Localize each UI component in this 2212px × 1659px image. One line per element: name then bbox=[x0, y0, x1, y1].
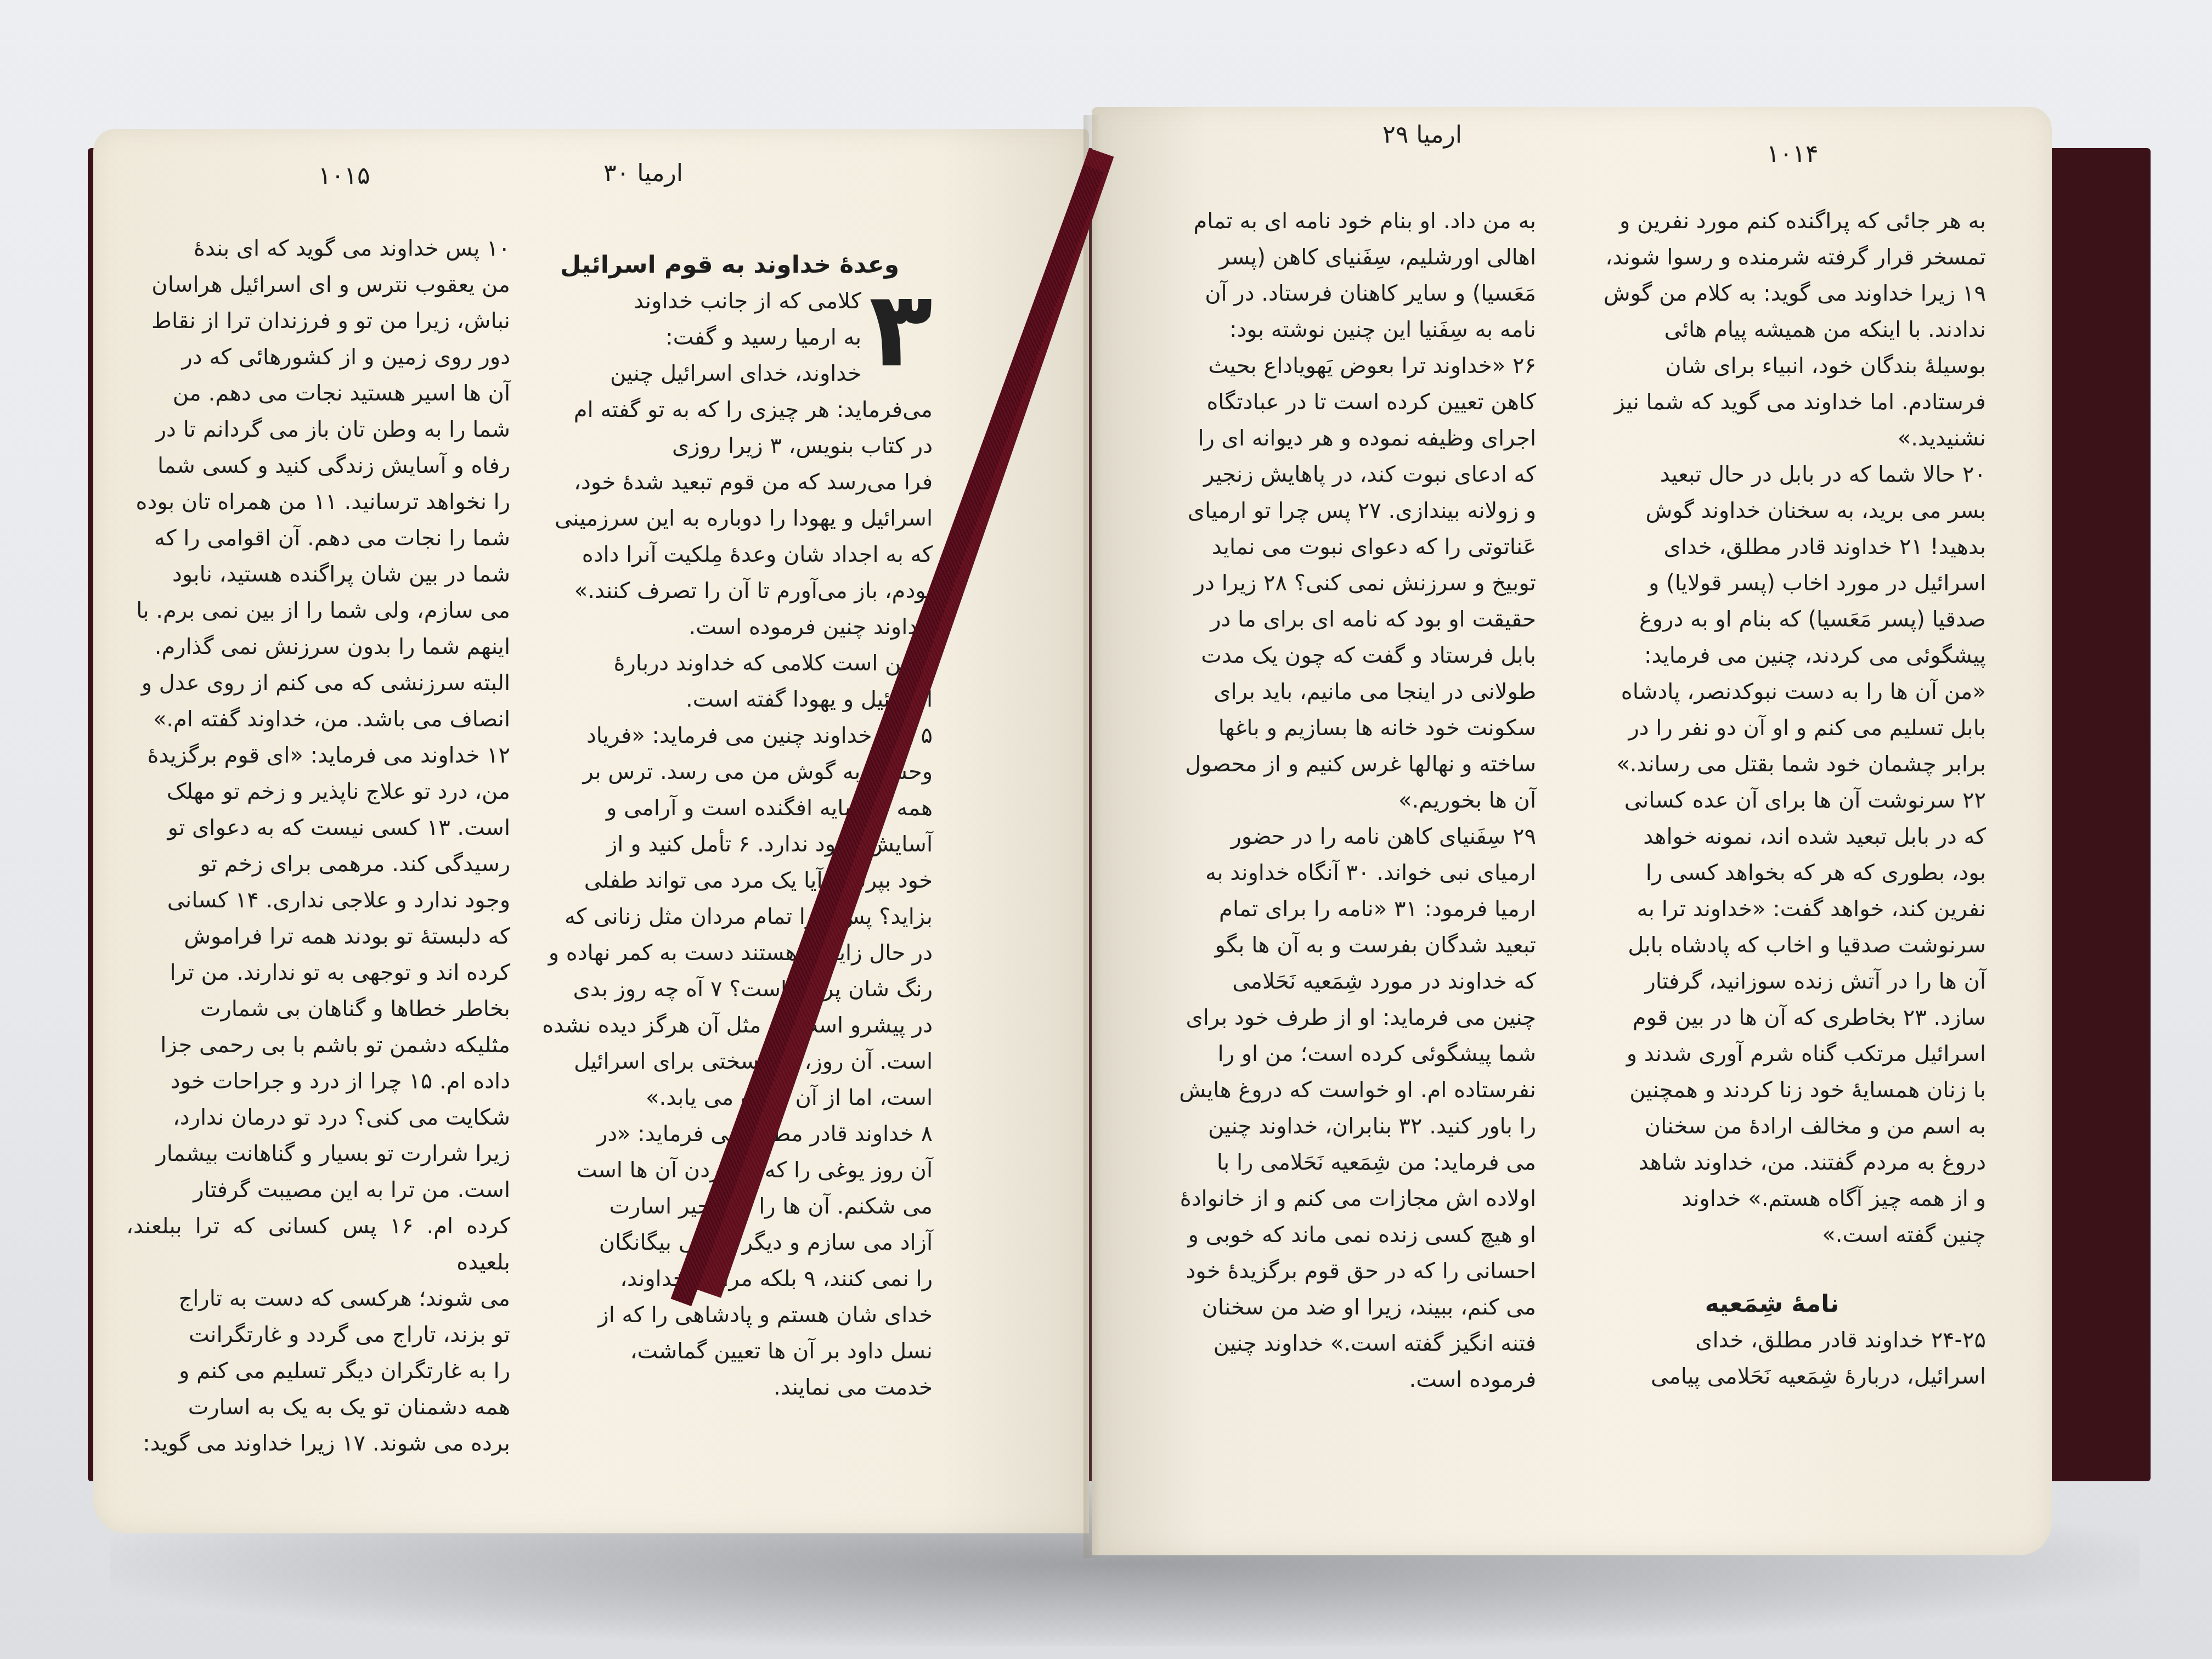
text-line: نفرستاده ام. او خواست که دروغ هایش bbox=[1119, 1072, 1536, 1108]
text-line: شما را نجات می دهم. آن اقوامی را که bbox=[126, 520, 510, 556]
text-line: رنگ شان پریده است؟ ۷ آه چه روز بدی bbox=[527, 971, 933, 1007]
text-line: توبیخ و سرزنش نمی کنی؟ ۲۸ زیرا در bbox=[1119, 565, 1536, 601]
text-line: که خداوند در مورد شِمَعیه نَحَلامی bbox=[1119, 963, 1536, 1000]
section-heading: نامهٔ شِمَعیه bbox=[1558, 1286, 1986, 1322]
chapter-number: ۳ bbox=[869, 283, 933, 376]
text-line: کاهن تعیین کرده است تا در عبادتگاه bbox=[1119, 384, 1536, 420]
text-line: چنین گفته است.» bbox=[1558, 1217, 1986, 1253]
text-line: که ادعای نبوت کند، در پاهایش زنجیر bbox=[1119, 456, 1536, 493]
text-line: سازد. ۲۳ بخاطری که آن ها در بین قوم bbox=[1558, 1000, 1986, 1036]
text-line: بدهید! ۲۱ خداوند قادر مطلق، خدای bbox=[1558, 529, 1986, 565]
text-line: می‌فرماید: هر چیزی را که به تو گفته ام bbox=[527, 392, 933, 428]
text-line: که در بابل تبعید شده اند، نمونه خواهد bbox=[1558, 819, 1986, 855]
text-line: اسرائیل در مورد اخاب (پسر قولایا) و bbox=[1558, 565, 1986, 601]
text-line: «من آن ها را به دست نبوکدنصر، پادشاه bbox=[1558, 674, 1986, 710]
text-line: شکایت می کنی؟ درد تو درمان ندارد، bbox=[126, 1099, 510, 1136]
left-running-head: ارمیا ۳۰ bbox=[603, 159, 683, 187]
verse-text: ۲۴-۲۵ خداوند قادر مطلق، خدایاسرائیل، درب… bbox=[1558, 1322, 1986, 1395]
text-line: ۲۹ سِفَنیای کاهن نامه را در حضور bbox=[1119, 819, 1536, 855]
text-line: بوسیلهٔ بندگان خود، انبیاء برای شان bbox=[1558, 348, 1986, 384]
verse-text: ۱۰ پس خداوند می گوید که ای بندهٔمن یعقوب… bbox=[126, 230, 510, 1462]
text-line: فتنه انگیز گفته است.» خداوند چنین bbox=[1119, 1325, 1536, 1362]
text-line: که به اجداد شان وعدهٔ مِلکیت آنرا داده bbox=[527, 537, 933, 573]
section-heading: وعدهٔ خداوند به قوم اسرائیل bbox=[527, 247, 933, 283]
text-line: چنین می فرماید: او از طرف خود برای bbox=[1119, 1000, 1536, 1036]
text-line: است، اما از آن نجات می یابد.» bbox=[527, 1080, 933, 1116]
text-line: بزاید؟ پس چرا تمام مردان مثل زنانی که bbox=[527, 899, 933, 935]
text-line: با زنان همسایهٔ خود زنا کردند و همچنین bbox=[1558, 1072, 1986, 1108]
text-line: ۲۰ حالا شما که در بابل در حال تبعید bbox=[1558, 456, 1986, 493]
text-line: اسرائیل و یهودا گفته است. bbox=[527, 681, 933, 718]
text-line: که دلبستهٔ تو بودند همه ترا فراموش bbox=[126, 918, 510, 955]
text-line: حقیقت او بود که نامه ای برای ما در bbox=[1119, 601, 1536, 637]
text-line: برده می شوند. ۱۷ زیرا خداوند می گوید: bbox=[126, 1425, 510, 1462]
text-line: انصاف می باشد. من، خداوند گفته ام.» bbox=[126, 701, 510, 737]
text-line: بود، بطوری که هر که بخواهد کسی را bbox=[1558, 855, 1986, 891]
text-line: اینهم شما را بدون سرزنش نمی گذارم. bbox=[126, 629, 510, 665]
text-line: خدای شان هستم و پادشاهی را که از bbox=[527, 1297, 933, 1333]
text-line: می فرماید: من شِمَعیه نَحَلامی را با bbox=[1119, 1144, 1536, 1181]
text-line: به اسم من و مخالف ارادهٔ من سخنان bbox=[1558, 1108, 1986, 1144]
text-line: است. من ترا به این مصیبت گرفتار bbox=[126, 1172, 510, 1208]
text-line: و از همه چیز آگاه هستم.» خداوند bbox=[1558, 1181, 1986, 1217]
text-line: تمسخر قرار گرفته شرمنده و رسوا شوند، bbox=[1558, 239, 1986, 275]
right-running-head: ارمیا ۲۹ bbox=[1383, 121, 1462, 149]
left-page-left-column: ۱۰ پس خداوند می گوید که ای بندهٔمن یعقوب… bbox=[126, 230, 510, 1462]
text-line: مَعَسیا) و سایر کاهنان فرستاد. در آن bbox=[1119, 275, 1536, 312]
text-line: در کتاب بنویس، ۳ زیرا روزی bbox=[527, 428, 933, 464]
text-line: خدمت می نمایند. bbox=[527, 1369, 933, 1406]
text-line: اجرای وظیفه نموده و هر دیوانه ای را bbox=[1119, 420, 1536, 456]
text-line: نشنیدید.» bbox=[1558, 420, 1986, 456]
text-line: شما پیشگوئی کرده است؛ من او را bbox=[1119, 1036, 1536, 1072]
text-line: اسرائیل، دربارهٔ شِمَعیه نَحَلامی پیامی bbox=[1558, 1358, 1986, 1395]
text-line: بابل فرستاد و گفت که چون یک مدت bbox=[1119, 637, 1536, 674]
left-page: ۱۰۱۵ ارمیا ۳۰ ۱۰ پس خداوند می گوید که ای… bbox=[93, 129, 1089, 1533]
text-line: ۱۰ پس خداوند می گوید که ای بندهٔ bbox=[126, 230, 510, 267]
text-line: خداوند چنین فرموده است. bbox=[527, 609, 933, 645]
text-line: زیرا شرارت تو بسیار و گناهانت بیشمار bbox=[126, 1136, 510, 1172]
verse-text: به هر جائی که پراگنده کنم مورد نفرین وتم… bbox=[1558, 203, 1986, 1253]
text-line: را نخواهد ترسانید. ۱۱ من همراه تان بوده bbox=[126, 484, 510, 520]
text-line: اولاده اش مجازات می کنم و از خانوادهٔ bbox=[1119, 1181, 1536, 1217]
text-line: و زولانه بیندازی. ۲۷ پس چرا تو ارمیای bbox=[1119, 493, 1536, 529]
text-line: بخاطر خطاها و گناهان بی شمارت bbox=[126, 991, 510, 1027]
text-line: خود بپرسید آیا یک مرد می تواند طفلی bbox=[527, 862, 933, 899]
text-line: ۴ این است کلامی که خداوند دربارهٔ bbox=[527, 645, 933, 681]
text-line: شما را به وطن تان باز می گردانم تا در bbox=[126, 411, 510, 448]
text-line: را باور کنید. ۳۲ بنابران، خداوند چنین bbox=[1119, 1108, 1536, 1144]
text-line: سرنوشت صدقیا و اخاب که پادشاه بابل bbox=[1558, 927, 1986, 963]
text-line: می شوند؛ هرکسی که دست به تاراج bbox=[126, 1280, 510, 1317]
text-line: پیشگوئی می کردند، چنین می فرماید: bbox=[1558, 637, 1986, 674]
text-line: نسل داود بر آن ها تعیین گماشت، bbox=[527, 1333, 933, 1369]
text-line: ساخته و نهالها غرس کنیم و از محصول bbox=[1119, 746, 1536, 782]
text-line: ۲۲ سرنوشت آن ها برای آن عده کسانی bbox=[1558, 782, 1986, 819]
text-line: سکونت خود خانه ها بسازیم و باغها bbox=[1119, 710, 1536, 746]
text-line: نباش، زیرا من تو و فرزندان ترا از نقاط bbox=[126, 303, 510, 339]
text-line: ارمیای نبی خواند. ۳۰ آنگاه خداوند به bbox=[1119, 855, 1536, 891]
text-line: برابر چشمان خود شما بقتل می رساند.» bbox=[1558, 746, 1986, 782]
text-line: نامه به سِفَنیا این چنین نوشته بود: bbox=[1119, 312, 1536, 348]
text-line: آن ها بخوریم.» bbox=[1119, 782, 1536, 819]
text-line: می کنم، ببیند، زیرا او ضد من سخنان bbox=[1119, 1289, 1536, 1325]
text-line: اسرائیل مرتکب گناه شرم آوری شدند و bbox=[1558, 1036, 1986, 1072]
text-line: کرده ام. ۱۶ پس کسانی که ترا ببلعند، بلعی… bbox=[126, 1208, 510, 1280]
text-line: در پیشرو است که مثل آن هرگز دیده نشده bbox=[527, 1007, 933, 1043]
right-page: ارمیا ۲۹ ۱۰۱۴ به من داد. او بنام خود نام… bbox=[1092, 107, 2052, 1555]
text-line: می سازم، ولی شما را از بین نمی برم. با bbox=[126, 592, 510, 629]
book-gutter bbox=[1084, 115, 1100, 1558]
text-line: در حال زایمان هستند دست به کمر نهاده و bbox=[527, 935, 933, 971]
text-line: است. ۱۳ کسی نیست که به دعوای تو bbox=[126, 810, 510, 846]
text-line: ۱۹ زیرا خداوند می گوید: به کلام من گوش bbox=[1558, 275, 1986, 312]
text-line: نفرین کند، خواهد گفت: «خداوند ترا به bbox=[1558, 891, 1986, 927]
text-line: ندادند. با اینکه من همیشه پیام هائی bbox=[1558, 312, 1986, 348]
text-line: تبعید شدگان بفرست و به آن ها بگو bbox=[1119, 927, 1536, 963]
text-line: مثلیکه دشمن تو باشم با بی رحمی جزا bbox=[126, 1027, 510, 1063]
right-page-number: ۱۰۱۴ bbox=[1767, 140, 1819, 168]
text-line: همه دشمنان تو یک به یک به اسارت bbox=[126, 1389, 510, 1425]
text-line: فرستادم. اما خداوند می گوید که شما نیز bbox=[1558, 384, 1986, 420]
text-line: اسرائیل و یهودا را دوباره به این سرزمینی bbox=[527, 500, 933, 537]
text-line: بابل تسلیم می کنم و او آن دو نفر را در bbox=[1558, 710, 1986, 746]
text-line: احسانی را که در حق قوم برگزیدهٔ خود bbox=[1119, 1253, 1536, 1289]
text-line: بسر می برید، به سخنان خداوند گوش bbox=[1558, 493, 1986, 529]
text-line: به هر جائی که پراگنده کنم مورد نفرین و bbox=[1558, 203, 1986, 239]
text-line: وجود ندارد و علاجی نداری. ۱۴ کسانی bbox=[126, 882, 510, 918]
text-line: را به غارتگران دیگر تسلیم می کنم و bbox=[126, 1353, 510, 1389]
text-line: کرده اند و توجهی به تو ندارند. من ترا bbox=[126, 955, 510, 991]
text-line: من، درد تو علاج ناپذیر و زخم تو مهلک bbox=[126, 774, 510, 810]
verse-text: به من داد. او بنام خود نامه ای به تماماه… bbox=[1119, 203, 1536, 1398]
text-line: ۲۴-۲۵ خداوند قادر مطلق، خدای bbox=[1558, 1322, 1986, 1358]
text-line: طولانی در اینجا می مانیم، باید برای bbox=[1119, 674, 1536, 710]
text-line: بودم، باز می‌آورم تا آن را تصرف کنند.» bbox=[527, 573, 933, 609]
text-line: فرا می‌رسد که من قوم تبعید شدهٔ خود، bbox=[527, 464, 933, 500]
text-line: من یعقوب نترس و ای اسرائیل هراسان bbox=[126, 267, 510, 303]
text-line: فرموده است. bbox=[1119, 1362, 1536, 1398]
left-page-number: ۱۰۱۵ bbox=[318, 162, 370, 190]
text-line: عَناتوتی را که دعوای نبوت می نماید bbox=[1119, 529, 1536, 565]
text-line: به من داد. او بنام خود نامه ای به تمام bbox=[1119, 203, 1536, 239]
text-line: ارمیا فرمود: ۳۱ «نامه را برای تمام bbox=[1119, 891, 1536, 927]
text-line: دروغ به مردم گفتند. من، خداوند شاهد bbox=[1558, 1144, 1986, 1181]
text-line: رسیدگی کند. مرهمی برای زخم تو bbox=[126, 846, 510, 882]
right-page-left-column: به من داد. او بنام خود نامه ای به تماماه… bbox=[1119, 203, 1536, 1398]
right-page-right-column: به هر جائی که پراگنده کنم مورد نفرین وتم… bbox=[1558, 203, 1986, 1395]
text-line: البته سرزنشی که می کنم از روی عدل و bbox=[126, 665, 510, 701]
text-line: داده ام. ۱۵ چرا از درد و جراحات خود bbox=[126, 1063, 510, 1099]
text-line: تو بزند، تاراج می گردد و غارتگرانت bbox=[126, 1317, 510, 1353]
text-line: آن ها اسیر هستید نجات می دهم. من bbox=[126, 375, 510, 411]
text-line: او هیچ کسی زنده نمی ماند که خوبی و bbox=[1119, 1217, 1536, 1253]
text-line: ۲۶ «خداوند ترا بعوض یَهویاداع بحیث bbox=[1119, 348, 1536, 384]
text-line: اهالی اورشلیم، سِفَنیای کاهن (پسر bbox=[1119, 239, 1536, 275]
text-line: رفاه و آسایش زندگی کنید و کسی شما bbox=[126, 448, 510, 484]
text-line: شما در بین شان پراگنده هستید، نابود bbox=[126, 556, 510, 592]
text-line: دور روی زمین و از کشورهائی که در bbox=[126, 339, 510, 375]
text-line: است. آن روز، روز سختی برای اسرائیل bbox=[527, 1043, 933, 1080]
text-line: صدقیا (پسر مَعَسیا) که بنام او به دروغ bbox=[1558, 601, 1986, 637]
text-line: آن ها را در آتش زنده سوزانید، گرفتار bbox=[1558, 963, 1986, 1000]
text-line: ۱۲ خداوند می فرماید: «ای قوم برگزیدهٔ bbox=[126, 737, 510, 774]
